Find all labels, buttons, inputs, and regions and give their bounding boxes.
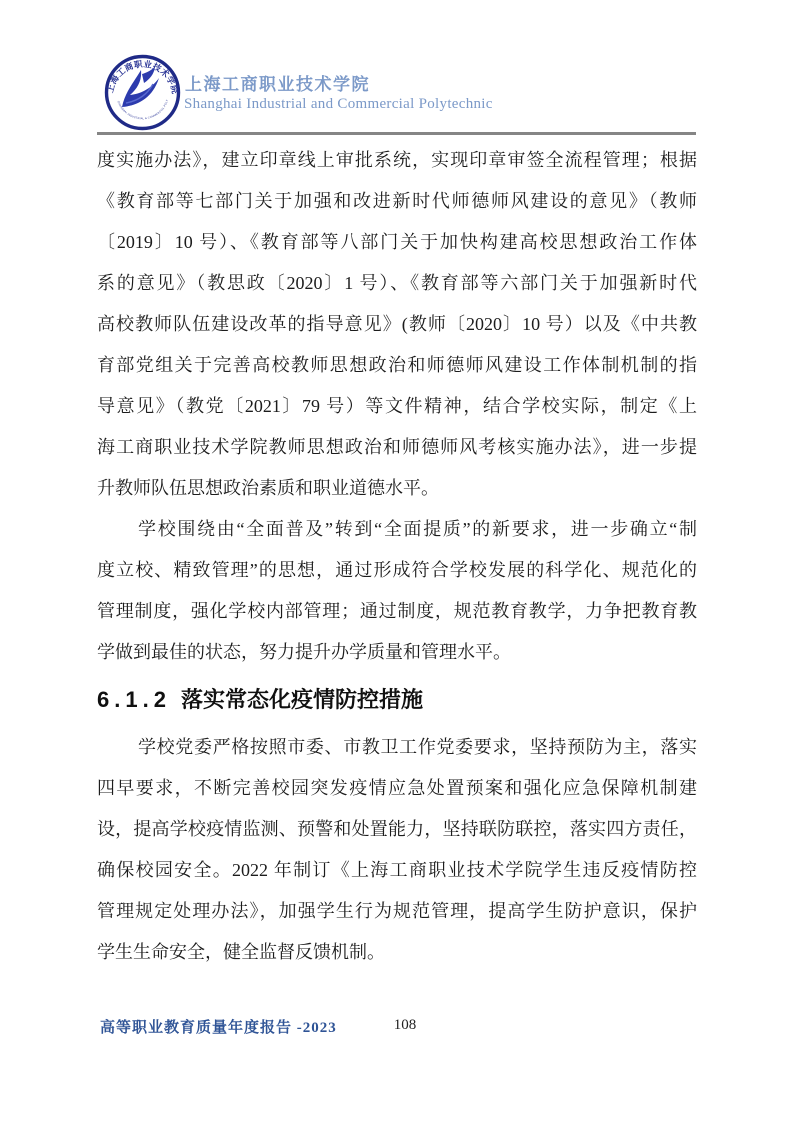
school-name-zh: 上海工商职业技术学院 [185, 70, 370, 95]
text-line: 学做到最佳的状态，努力提升办学质量和管理水平。 [97, 632, 697, 673]
text-line: 海工商职业技术学院教师思想政治和师德师风考核实施办法》，进一步提 [97, 427, 697, 468]
text-line: 导意见》（教党〔2021〕79 号）等文件精神，结合学校实际，制定《上 [97, 386, 697, 427]
text-line: 升教师队伍思想政治素质和职业道德水平。 [97, 468, 697, 509]
text-line: 四早要求，不断完善校园突发疫情应急处置预案和强化应急保障机制建 [97, 768, 697, 809]
text-line: 度立校、精致管理”的思想，通过形成符合学校发展的科学化、规范化的 [97, 550, 697, 591]
page-number: 108 [355, 1017, 455, 1034]
paragraph-3: 学校党委严格按照市委、市教卫工作党委要求，坚持预防为主，落实 四早要求，不断完善… [97, 727, 697, 973]
section-heading: 6.1.2落实常态化疫情防控措施 [97, 673, 697, 727]
section-number: 6.1.2 [97, 687, 171, 712]
footer-report-title: 高等职业教育质量年度报告 -2023 [100, 1016, 337, 1037]
text-line: 管理规定处理办法》，加强学生行为规范管理，提高学生防护意识，保护 [97, 891, 697, 932]
text-line: 度实施办法》，建立印章线上审批系统，实现印章审签全流程管理；根据 [97, 140, 697, 181]
text-line: 系的意见》（教思政〔2020〕1 号）、《教育部等六部门关于加强新时代 [97, 263, 697, 304]
text-line: 管理制度，强化学校内部管理；通过制度，规范教育教学，力争把教育教 [97, 591, 697, 632]
page-body: 度实施办法》，建立印章线上审批系统，实现印章审签全流程管理；根据 《教育部等七部… [97, 140, 697, 973]
school-logo: 上海工商职业技术学院 SHANGHAI INDUSTRIAL & COMMERC… [104, 54, 181, 131]
text-line: 设，提高学校疫情监测、预警和处置能力，坚持联防联控，落实四方责任， [97, 809, 697, 850]
text-line: 高校教师队伍建设改革的指导意见》(教师〔2020〕10 号）以及《中共教 [97, 304, 697, 345]
document-page: 上海工商职业技术学院 SHANGHAI INDUSTRIAL & COMMERC… [0, 0, 793, 1122]
section-title: 落实常态化疫情防控措施 [181, 687, 423, 712]
header-divider [97, 132, 696, 135]
text-line: 育部党组关于完善高校教师思想政治和师德师风建设工作体制机制的指 [97, 345, 697, 386]
text-line: 《教育部等七部门关于加强和改进新时代师德师风建设的意见》（教师 [97, 181, 697, 222]
text-line: 学校围绕由“全面普及”转到“全面提质”的新要求，进一步确立“制 [97, 509, 697, 550]
paragraph-1: 度实施办法》，建立印章线上审批系统，实现印章审签全流程管理；根据 《教育部等七部… [97, 140, 697, 509]
paragraph-2: 学校围绕由“全面普及”转到“全面提质”的新要求，进一步确立“制 度立校、精致管理… [97, 509, 697, 673]
text-line: 学生生命安全，健全监督反馈机制。 [97, 932, 697, 973]
text-line: 〔2019〕10 号）、《教育部等八部门关于加快构建高校思想政治工作体 [97, 222, 697, 263]
school-name-en: Shanghai Industrial and Commercial Polyt… [184, 96, 493, 113]
text-line: 确保校园安全。2022 年制订《上海工商职业技术学院学生违反疫情防控 [97, 850, 697, 891]
text-line: 学校党委严格按照市委、市教卫工作党委要求，坚持预防为主，落实 [97, 727, 697, 768]
